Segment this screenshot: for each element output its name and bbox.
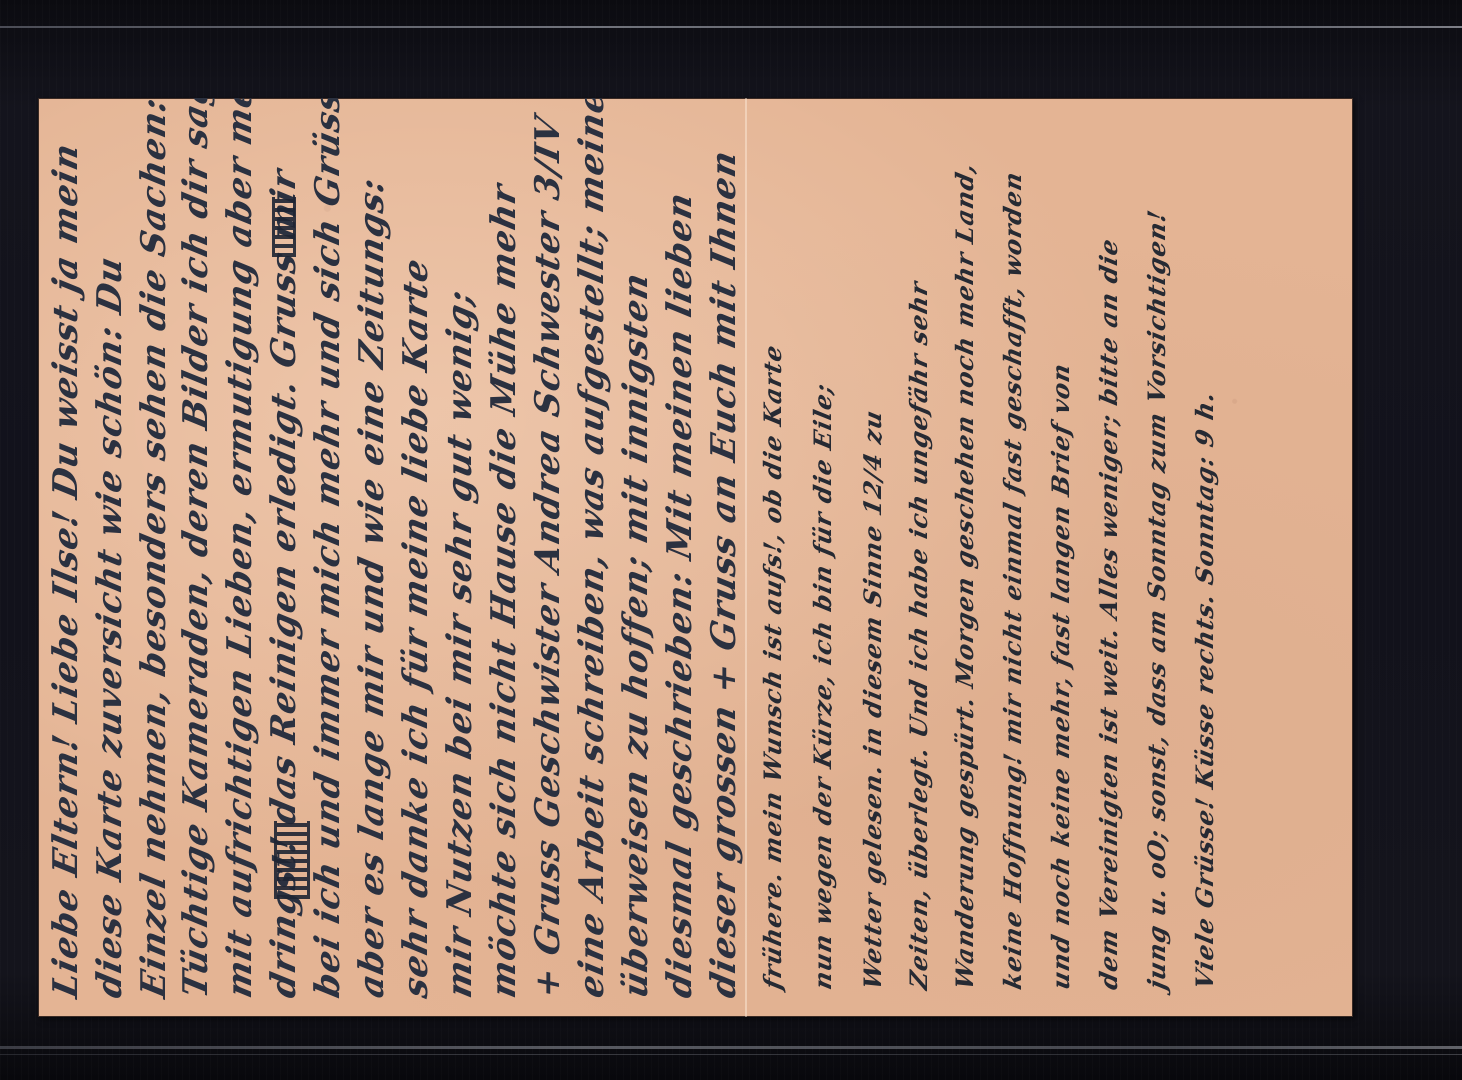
handwritten-line: überweisen zu hoffen; mit innigsten bbox=[616, 269, 656, 1002]
handwritten-line: Zeiten, überlegt. Und ich habe ich ungef… bbox=[904, 278, 933, 992]
handwritten-line: aber es lange mir und wie eine Zeitungs: bbox=[352, 174, 392, 1001]
handwritten-line: Tüchtige Kameraden, deren Bilder ich dir… bbox=[176, 98, 216, 1001]
handwritten-line: Wanderung gespürt. Morgen geschehen noch… bbox=[950, 160, 979, 992]
handwritten-line: sehr danke ich für meine liebe Karte bbox=[396, 254, 436, 1001]
handwritten-line: frühere. mein Wunsch ist aufs!, ob die K… bbox=[758, 342, 787, 993]
handwritten-line: dem Vereinigten ist weit. Alles weniger;… bbox=[1094, 235, 1123, 992]
handwritten-line: und noch keine mehr, fast langen Brief v… bbox=[1046, 360, 1075, 992]
postcard: Liebe Eltern! Liebe Ilse! Du weisst ja m… bbox=[38, 98, 1353, 1017]
handwritten-line: Liebe Eltern! Liebe Ilse! Du weisst ja m… bbox=[46, 139, 86, 1001]
sleeve-top-edge bbox=[0, 26, 1462, 28]
handwritten-line: dieser grossen + Gruss an Euch mit Ihnen bbox=[704, 146, 744, 1001]
struck-out-word bbox=[274, 821, 310, 899]
sleeve-bottom-edge bbox=[0, 1046, 1462, 1049]
sleeve-bottom-edge-inner bbox=[0, 1054, 1462, 1055]
handwritten-line: Viele Grüsse! Küsse rechts. Sonntag: 9 h… bbox=[1190, 388, 1219, 992]
handwritten-line: + Gruss Geschwister Andrea Schwester 3/I… bbox=[528, 112, 568, 1001]
handwritten-line: nun wegen der Kürze, ich bin für die Eil… bbox=[808, 380, 837, 992]
handwritten-line: eine Arbeit schreiben, was aufgestellt; … bbox=[572, 98, 612, 1001]
handwritten-line: diesmal geschrieben: Mit meinen lieben bbox=[660, 188, 700, 1001]
handwritten-text-field: Liebe Eltern! Liebe Ilse! Du weisst ja m… bbox=[38, 98, 1353, 1017]
handwritten-line: mir Nutzen bei mir sehr gut wenig; bbox=[440, 286, 480, 1001]
handwritten-line: Wetter gelesen. in diesem Sinne 12/4 zu bbox=[858, 407, 887, 992]
handwritten-line: mit aufrichtigen Lieben, ermutigung aber… bbox=[220, 98, 260, 1001]
handwritten-line: Einzel nehmen, besonders sehen die Sache… bbox=[134, 98, 174, 1001]
handwritten-line: bei ich und immer mich mehr und sich Grü… bbox=[308, 98, 348, 1001]
handwritten-line: keine Hoffnung! mir nicht einmal fast ge… bbox=[998, 168, 1027, 992]
handwritten-line: diese Karte zuversicht wie schön: Du bbox=[90, 253, 130, 1002]
struck-out-word bbox=[272, 197, 296, 257]
handwritten-line: jung u. oO; sonst, dass am Sonntag zum V… bbox=[1142, 207, 1171, 992]
handwritten-line: möchte sich nicht Hause die Mühe mehr bbox=[484, 180, 524, 1001]
